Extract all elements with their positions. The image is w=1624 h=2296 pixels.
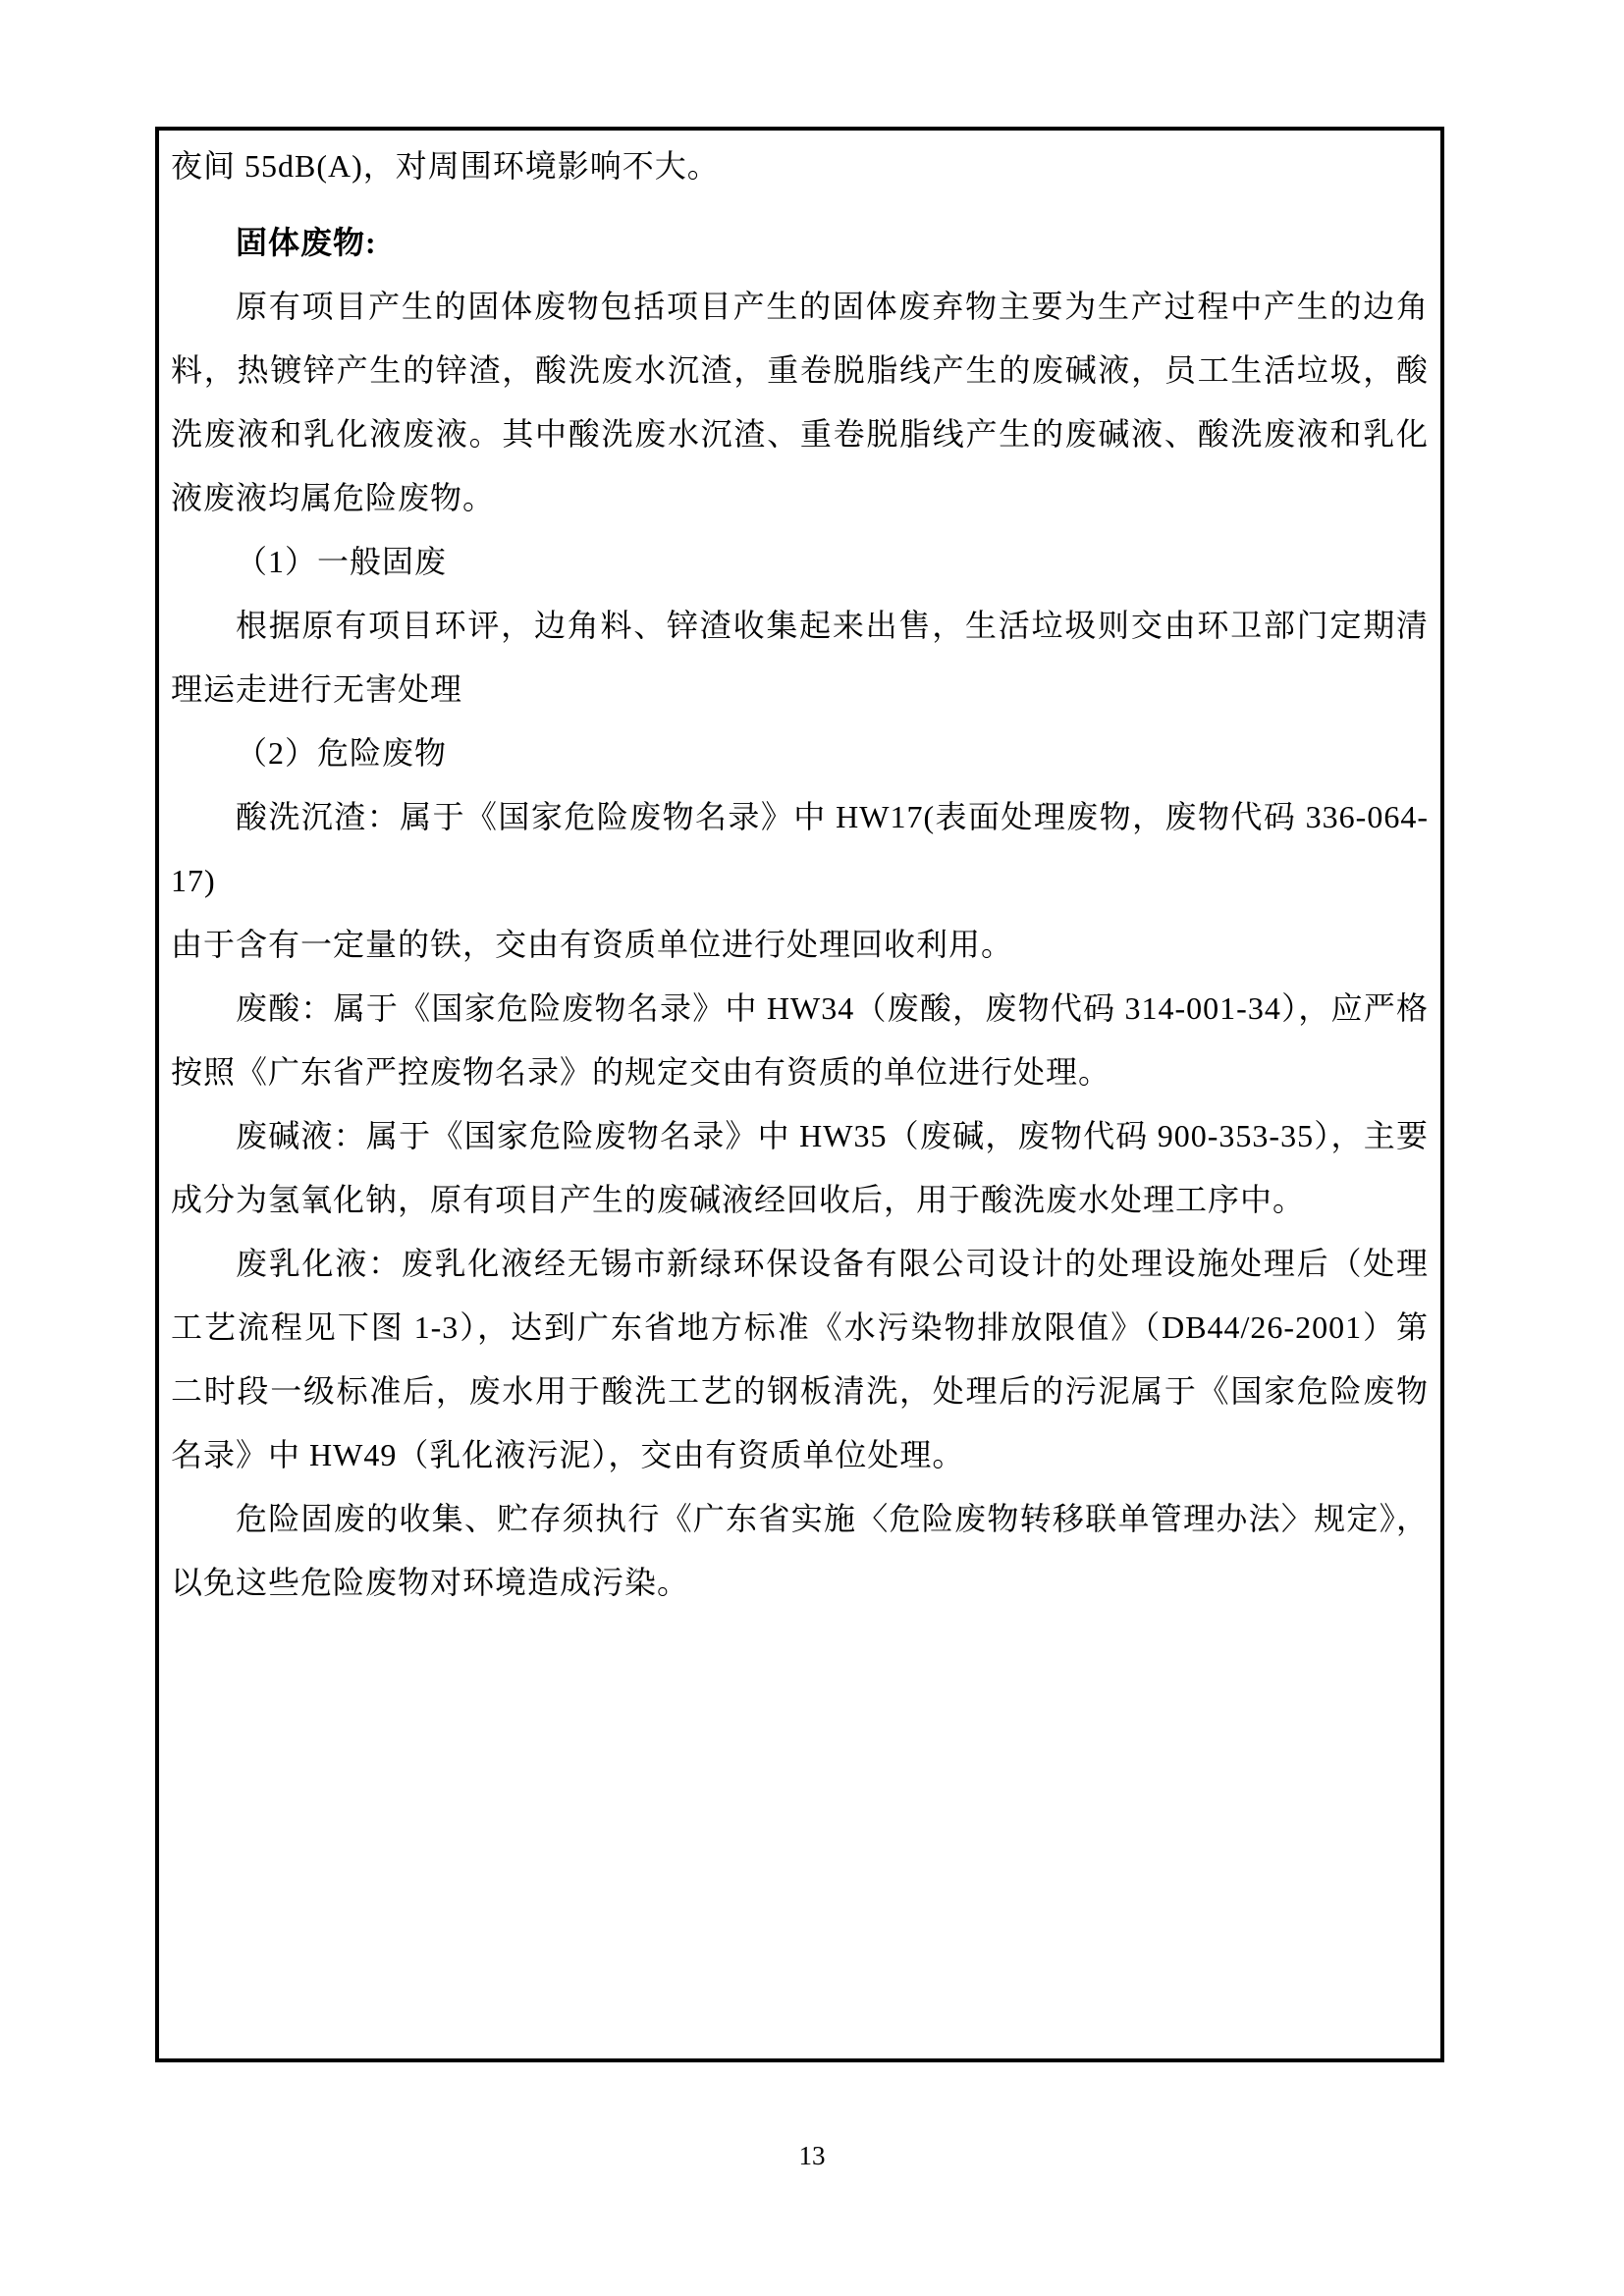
- page: { "colors": { "text": "#000000", "border…: [0, 0, 1624, 2296]
- text-line: 理运走进行无害处理: [171, 658, 1429, 721]
- text-line: 废乳化液：废乳化液经无锡市新绿环保设备有限公司设计的处理设施处理后（处理: [171, 1232, 1429, 1296]
- page-number: 13: [0, 2140, 1624, 2171]
- text-line: 固体废物:: [171, 211, 1429, 275]
- text-line: 按照《广东省严控废物名录》的规定交由有资质的单位进行处理。: [171, 1041, 1429, 1104]
- content-cell: 夜间 55dB(A)，对周围环境影响不大。固体废物:原有项目产生的固体废物包括项…: [155, 127, 1444, 2062]
- text-content: 夜间 55dB(A)，对周围环境影响不大。固体废物:原有项目产生的固体废物包括项…: [171, 134, 1429, 1615]
- text-line: 名录》中 HW49（乳化液污泥），交由有资质单位处理。: [171, 1423, 1429, 1487]
- text-line: 原有项目产生的固体废物包括项目产生的固体废弃物主要为生产过程中产生的边角: [171, 275, 1429, 339]
- text-line: 料，热镀锌产生的锌渣，酸洗废水沉渣，重卷脱脂线产生的废碱液，员工生活垃圾，酸: [171, 339, 1429, 402]
- text-line: 根据原有项目环评，边角料、锌渣收集起来出售，生活垃圾则交由环卫部门定期清: [171, 594, 1429, 658]
- text-line: 废酸：属于《国家危险废物名录》中 HW34（废酸，废物代码 314-001-34…: [171, 977, 1429, 1041]
- text-line: 以免这些危险废物对环境造成污染。: [171, 1551, 1429, 1615]
- text-line: （1）一般固废: [171, 530, 1429, 594]
- text-line: 洗废液和乳化液废液。其中酸洗废水沉渣、重卷脱脂线产生的废碱液、酸洗废液和乳化: [171, 402, 1429, 466]
- text-line: 工艺流程见下图 1-3），达到广东省地方标准《水污染物排放限值》（DB44/26…: [171, 1296, 1429, 1360]
- text-line: 成分为氢氧化钠，原有项目产生的废碱液经回收后，用于酸洗废水处理工序中。: [171, 1168, 1429, 1232]
- text-line: 液废液均属危险废物。: [171, 466, 1429, 530]
- text-line: 危险固废的收集、贮存须执行《广东省实施〈危险废物转移联单管理办法〉规定》，: [171, 1487, 1429, 1551]
- text-line: 废碱液：属于《国家危险废物名录》中 HW35（废碱，废物代码 900-353-3…: [171, 1104, 1429, 1168]
- text-line: （2）危险废物: [171, 721, 1429, 785]
- text-line: 酸洗沉渣：属于《国家危险废物名录》中 HW17(表面处理废物，废物代码 336-…: [171, 785, 1429, 913]
- text-line: 二时段一级标准后，废水用于酸洗工艺的钢板清洗，处理后的污泥属于《国家危险废物: [171, 1360, 1429, 1423]
- text-line: 由于含有一定量的铁，交由有资质单位进行处理回收利用。: [171, 913, 1429, 977]
- text-line: 夜间 55dB(A)，对周围环境影响不大。: [171, 134, 1429, 198]
